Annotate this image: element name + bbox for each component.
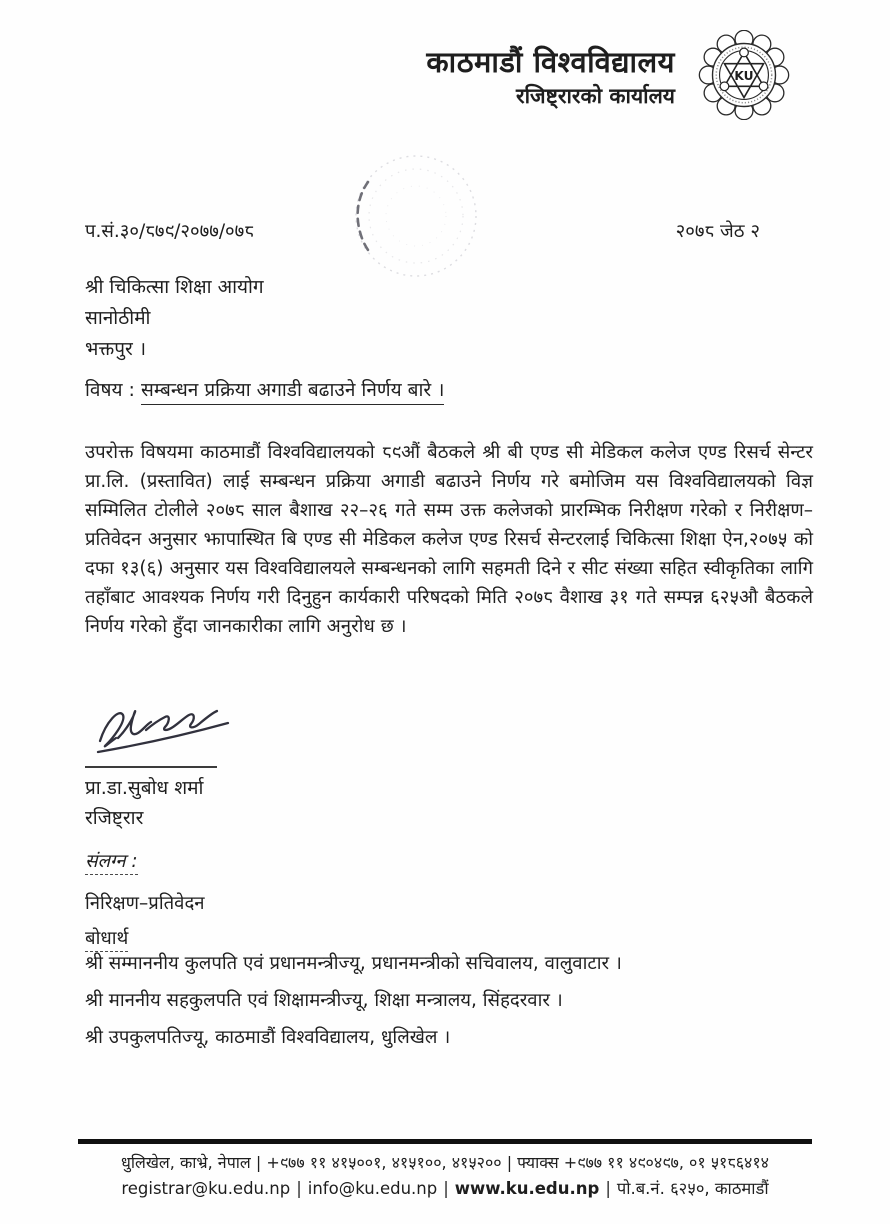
ku-logo: KU — [697, 30, 791, 120]
signatory-name: प्रा.डा.सुबोध शर्मा — [85, 773, 217, 803]
subject-label: विषय : — [85, 379, 141, 401]
footer-separator: | — [437, 1179, 455, 1198]
reference-number: प.सं.३०/८७९/२०७७/०७८ — [85, 218, 254, 243]
signatory-block: प्रा.डा.सुबोध शर्मा रजिष्ट्रार — [85, 766, 217, 833]
footer-email-info: info@ku.edu.np — [308, 1179, 437, 1198]
signature-rule — [85, 766, 217, 768]
letter-page: काठमाडौं विश्वविद्यालय रजिष्ट्रारको कार्… — [0, 0, 890, 1224]
enclosure-label: संलग्न : — [85, 848, 138, 873]
signatory-designation: रजिष्ट्रार — [85, 803, 217, 833]
subject-text: सम्बन्धन प्रक्रिया अगाडी बढाउने निर्णय ब… — [141, 379, 444, 405]
cc-item: श्री उपकुलपतिज्यू, काठमाडौं विश्वविद्याल… — [85, 1027, 785, 1048]
body-paragraph: उपरोक्त विषयमा काठमाडौं विश्वविद्यालयको … — [85, 438, 813, 641]
addressee-line: भक्तपुर । — [85, 334, 264, 365]
footer-email-registrar: registrar@ku.edu.np — [121, 1179, 290, 1198]
footer-pobox: पो.ब.नं. ६२५०, काठमाडौं — [617, 1179, 769, 1198]
footer-divider — [78, 1139, 812, 1144]
cc-heading: बोधार्थ — [85, 925, 128, 950]
cc-item: श्री सम्माननीय कुलपति एवं प्रधानमन्त्रीज… — [85, 953, 785, 974]
addressee-block: श्री चिकित्सा शिक्षा आयोग सानोठीमी भक्तप… — [85, 272, 264, 365]
cc-list: श्री सम्माननीय कुलपति एवं प्रधानमन्त्रीज… — [85, 953, 785, 1064]
university-name: काठमाडौं विश्वविद्यालय — [200, 42, 675, 81]
letter-date: २०७८ जेठ २ — [600, 218, 760, 243]
subject-line: विषय : सम्बन्धन प्रक्रिया अगाडी बढाउने न… — [85, 376, 444, 402]
footer-address-phone: धुलिखेल, काभ्रे, नेपाल | +९७७ ११ ४१५००१,… — [58, 1151, 832, 1173]
cc-item: श्री माननीय सहकुलपति एवं शिक्षामन्त्रीज्… — [85, 990, 785, 1011]
ku-monogram: KU — [734, 69, 753, 83]
footer-separator: | — [290, 1179, 308, 1198]
addressee-line: सानोठीमी — [85, 303, 264, 334]
footer-website: www.ku.edu.np — [455, 1179, 600, 1198]
ku-logo-icon: KU — [697, 30, 791, 120]
enclosure-item: निरिक्षण–प्रतिवेदन — [85, 890, 205, 915]
addressee-line: श्री चिकित्सा शिक्षा आयोग — [85, 272, 264, 303]
footer-separator: | — [599, 1179, 617, 1198]
handwritten-signature — [88, 696, 240, 768]
faded-round-stamp — [340, 148, 488, 286]
office-name: रजिष्ट्रारको कार्यालय — [200, 82, 675, 110]
footer-contacts: registrar@ku.edu.np|info@ku.edu.np|www.k… — [58, 1176, 832, 1199]
